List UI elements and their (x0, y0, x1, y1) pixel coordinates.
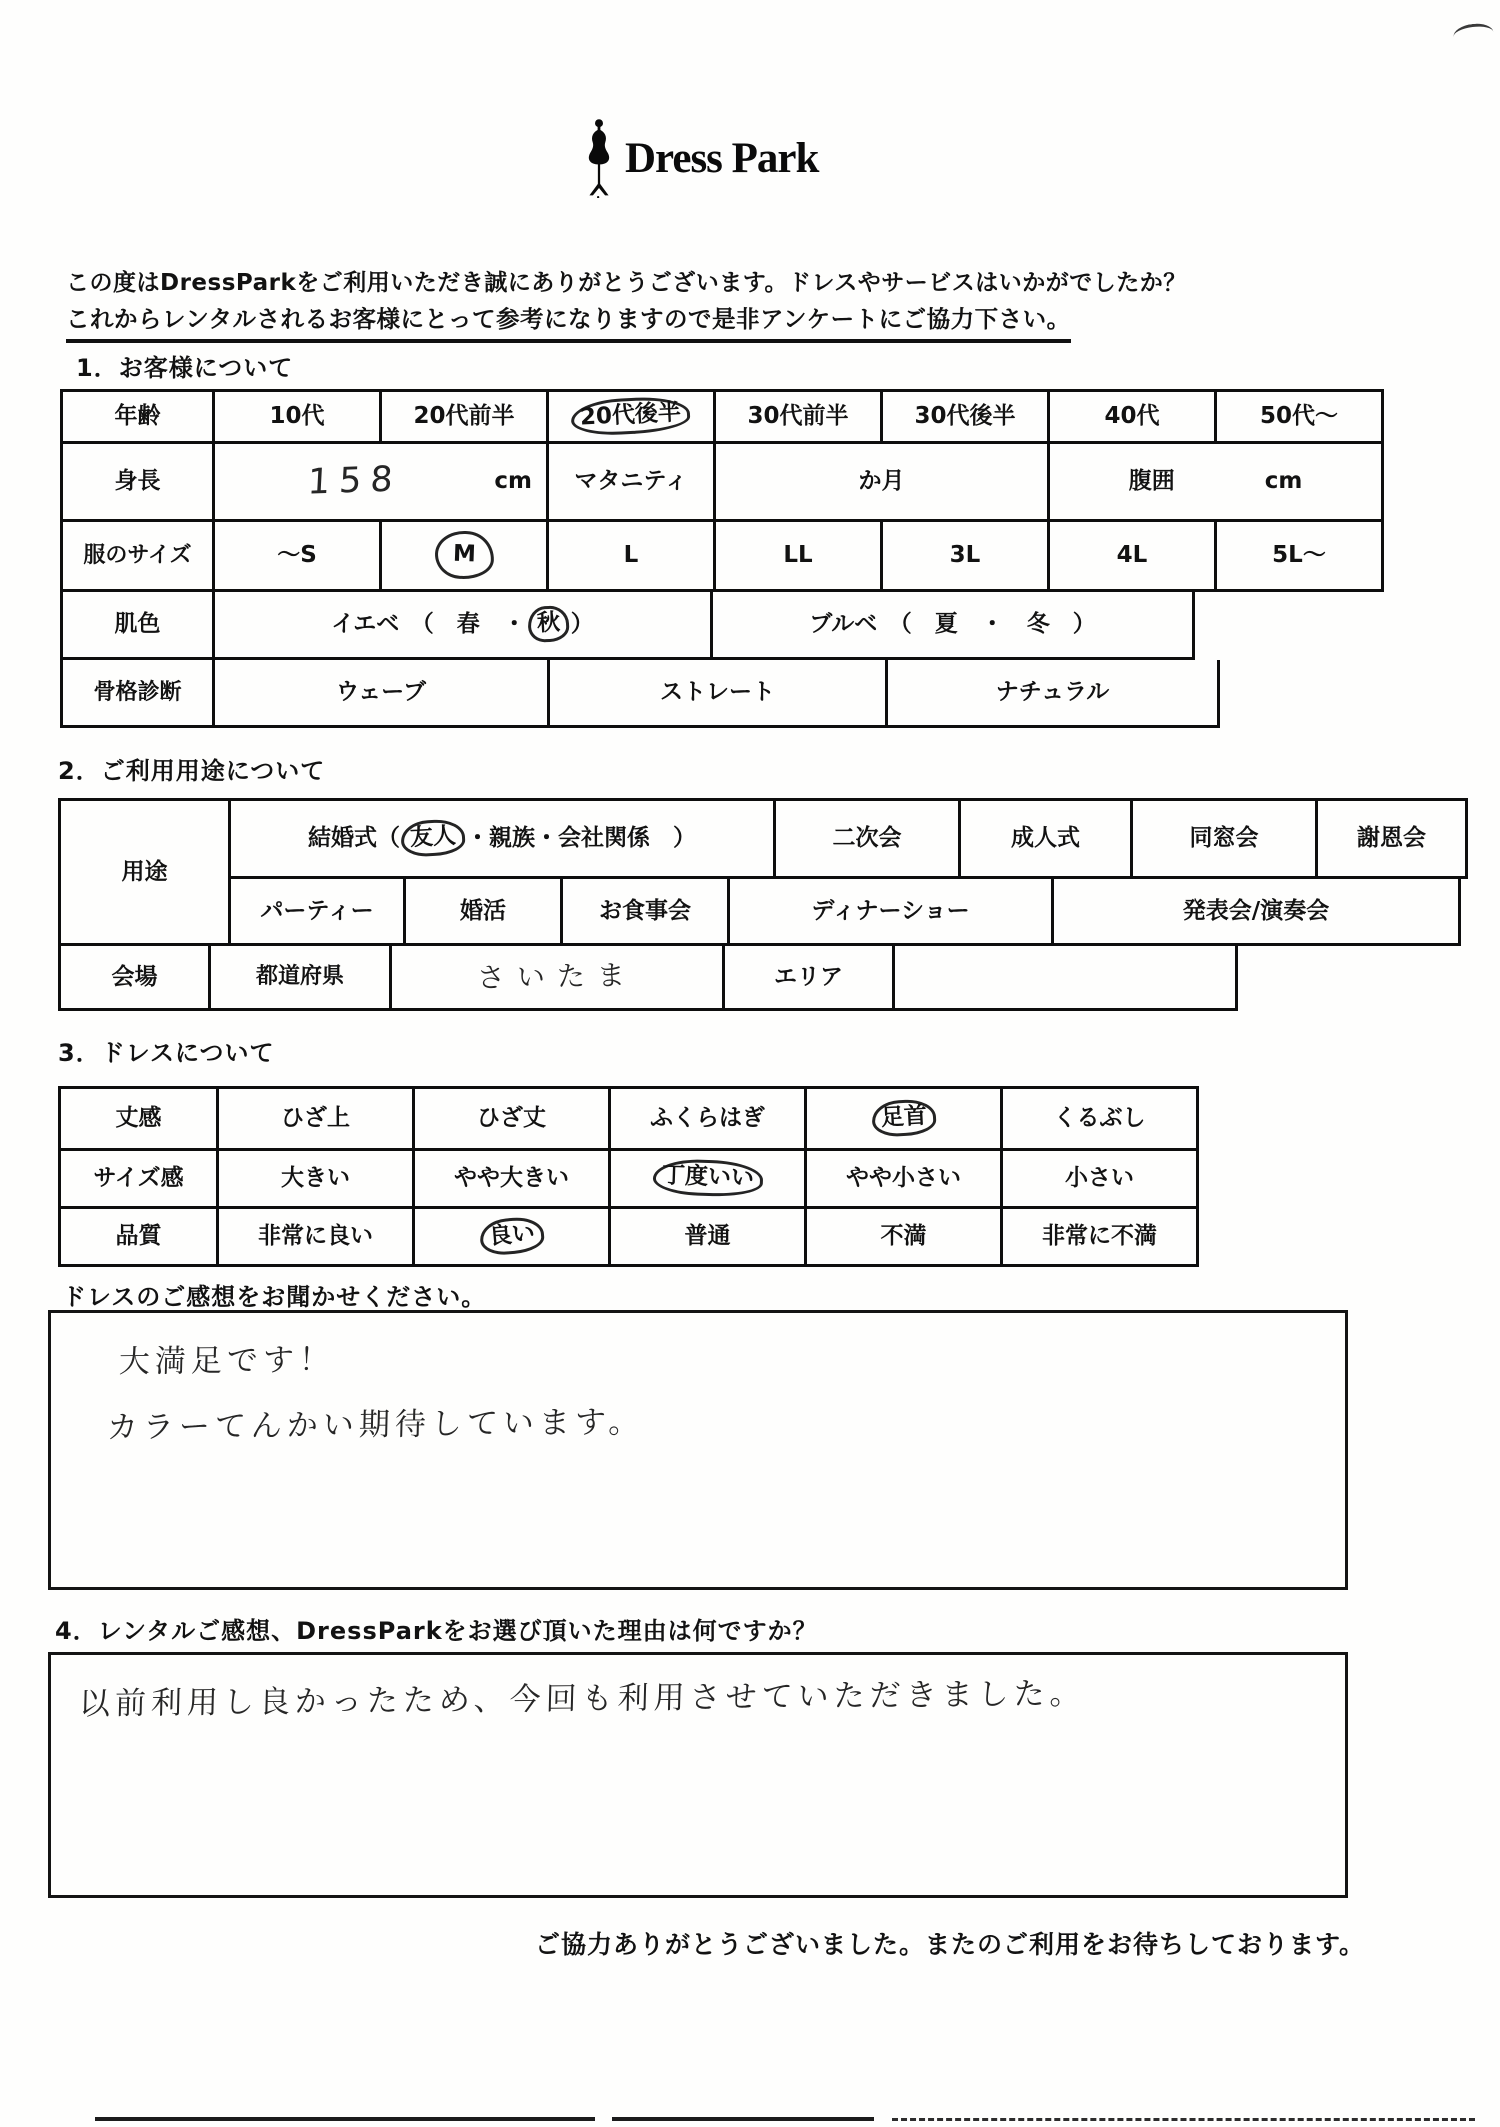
age-option-50s: 50代～ (1217, 392, 1384, 444)
height-handwritten-value: 158 (214, 457, 496, 507)
section3-title: 3．ドレスについて (58, 1033, 275, 1068)
size-option-3l: 3L (883, 522, 1050, 592)
prefecture-label: 都道府県 (211, 946, 392, 1011)
skeleton-row: 骨格診断 ウェーブ ストレート ナチュラル (63, 660, 1384, 728)
fit-label: サイズ感 (61, 1151, 219, 1209)
dress-feedback-box: 大満足です！ カラーてんかい期待しています。 (48, 1310, 1348, 1590)
maternity-label: マタニティ (549, 444, 716, 522)
height-unit: cm (494, 468, 546, 494)
fit-option-big: 大きい (219, 1151, 415, 1209)
length-option-above-knee: ひざ上 (219, 1089, 415, 1151)
section2-title: 2．ご利用用途について (58, 751, 325, 786)
purpose-label: 用途 (61, 801, 231, 946)
purpose-option-matchmaking: 婚活 (406, 879, 563, 946)
quality-option-good-label: 良い (487, 1220, 535, 1250)
fit-option-just-right-label: 丁度いい (661, 1163, 754, 1192)
height-value-cell: 158 cm (215, 444, 549, 522)
quality-option-very-unsatisfied: 非常に不満 (1003, 1209, 1199, 1267)
skin-row: 肌色 イエベ （ 春 ・ 秋 ） ブルベ （ 夏 ・ 冬 ） (63, 592, 1384, 660)
feedback-handwritten-line1: 大満足です！ (118, 1334, 335, 1381)
fit-option-just-right-selected: 丁度いい (611, 1151, 807, 1209)
skin-yebe-close: ） (571, 611, 594, 637)
size-option-s: ～S (215, 522, 382, 592)
fit-option-small: 小さい (1003, 1151, 1199, 1209)
intro-line2: これからレンタルされるお客様にとって参考になりますので是非アンケートにご協力下さ… (66, 300, 1071, 343)
size-option-5l: 5L～ (1217, 522, 1384, 592)
pen-circle-mark: 秋 (527, 605, 570, 644)
dress-table: 丈感 ひざ上 ひざ丈 ふくらはぎ 足首 くるぶし サイズ感 大きい やや大きい … (58, 1086, 1199, 1267)
skin-autumn-label: 秋 (536, 610, 560, 637)
length-option-ankle-label: 足首 (880, 1103, 927, 1131)
quality-option-very-good: 非常に良い (219, 1209, 415, 1267)
dress-form-icon (582, 118, 616, 198)
intro-line1: この度はDressParkをご利用いただき誠にありがとうございます。ドレスやサー… (66, 264, 1187, 297)
usage-table: 用途 結婚式（ 友人 ・親族・会社関係 ） 二次会 成人式 同窓会 謝恩会 パー… (58, 798, 1468, 1011)
scan-artifact-top-right (1452, 22, 1493, 40)
pen-circle-mark: M (434, 530, 495, 580)
rental-reason-handwritten: 以前利用し良かったため、今回も利用させていただきました。 (78, 1668, 1086, 1724)
rental-reason-box: 以前利用し良かったため、今回も利用させていただきました。 (48, 1652, 1348, 1898)
length-label: 丈感 (61, 1089, 219, 1151)
length-option-knee: ひざ丈 (415, 1089, 611, 1151)
girth-cell: 腹囲 cm (1050, 444, 1384, 522)
size-row: 服のサイズ ～S M L LL 3L 4L 5L～ (63, 522, 1384, 592)
prefecture-handwritten-value: さいたま (477, 960, 638, 995)
age-option-10s: 10代 (215, 392, 382, 444)
size-option-l: L (549, 522, 716, 592)
quality-option-normal: 普通 (611, 1209, 807, 1267)
skeleton-option-natural: ナチュラル (888, 660, 1220, 728)
purpose-group: 用途 結婚式（ 友人 ・親族・会社関係 ） 二次会 成人式 同窓会 謝恩会 パー… (61, 801, 1468, 946)
footer-thanks: ご協力ありがとうございました。またのご利用をお待ちしております。 (0, 1925, 1365, 1961)
scan-artifact-bottom-line (612, 2117, 874, 2121)
skin-yellow-base-cell: イエベ （ 春 ・ 秋 ） (215, 592, 713, 660)
skin-yebe-text: イエベ （ 春 ・ (331, 611, 526, 637)
quality-row: 品質 非常に良い 良い 普通 不満 非常に不満 (61, 1209, 1199, 1267)
wedding-prefix: 結婚式（ (308, 825, 400, 851)
quality-option-good-selected: 良い (415, 1209, 611, 1267)
height-label: 身長 (63, 444, 215, 522)
quality-option-unsatisfied: 不満 (807, 1209, 1003, 1267)
wedding-suffix: ・親族・会社関係 ） (466, 825, 696, 851)
feedback-handwritten-line2: カラーてんかい期待しています。 (106, 1396, 645, 1447)
age-option-early-20s: 20代前半 (382, 392, 549, 444)
brand-logo: Dress Park (582, 118, 818, 198)
area-value-cell (895, 946, 1238, 1011)
prefecture-value-cell: さいたま (392, 946, 725, 1011)
pen-circle-mark: 良い (478, 1216, 545, 1258)
girth-unit: cm (1265, 468, 1303, 494)
section4-title: 4．レンタルご感想、DressParkをお選び頂いた理由は何ですか？ (55, 1611, 818, 1646)
length-row: 丈感 ひざ上 ひざ丈 ふくらはぎ 足首 くるぶし (61, 1089, 1199, 1151)
purpose-option-thanks-party: 謝恩会 (1318, 801, 1468, 879)
pen-circle-mark: 友人 (400, 819, 466, 859)
venue-row: 会場 都道府県 さいたま エリア (61, 946, 1468, 1011)
size-option-ll: LL (716, 522, 883, 592)
brand-name: Dress Park (625, 134, 818, 183)
pen-circle-mark: 丁度いい (652, 1158, 763, 1198)
length-option-anklebone: くるぶし (1003, 1089, 1199, 1151)
customer-table: 年齢 10代 20代前半 20代後半 30代前半 30代後半 40代 50代～ … (60, 389, 1384, 728)
area-label: エリア (725, 946, 895, 1011)
pen-circle-mark: 足首 (871, 1099, 937, 1139)
age-option-early-30s: 30代前半 (716, 392, 883, 444)
age-option-40s: 40代 (1050, 392, 1217, 444)
age-option-late-20s-label: 20代後半 (580, 400, 682, 431)
purpose-option-recital: 発表会/演奏会 (1054, 879, 1461, 946)
age-option-late-30s: 30代後半 (883, 392, 1050, 444)
fit-row: サイズ感 大きい やや大きい 丁度いい やや小さい 小さい (61, 1151, 1199, 1209)
scan-artifact-bottom-dashes (892, 2118, 1475, 2121)
length-option-calf: ふくらはぎ (611, 1089, 807, 1151)
purpose-row-1: 結婚式（ 友人 ・親族・会社関係 ） 二次会 成人式 同窓会 謝恩会 (231, 801, 1468, 879)
size-option-4l: 4L (1050, 522, 1217, 592)
fit-option-slightly-small: やや小さい (807, 1151, 1003, 1209)
scan-artifact-bottom-line (95, 2117, 595, 2121)
dress-feedback-prompt: ドレスのご感想をお聞かせください。 (62, 1277, 486, 1312)
purpose-wedding-cell: 結婚式（ 友人 ・親族・会社関係 ） (231, 801, 776, 879)
size-option-m-label: M (452, 541, 476, 568)
purpose-option-reunion: 同窓会 (1133, 801, 1318, 879)
skeleton-label: 骨格診断 (63, 660, 215, 728)
size-label: 服のサイズ (63, 522, 215, 592)
age-label: 年齢 (63, 392, 215, 444)
girth-label: 腹囲 (1129, 468, 1175, 494)
fit-option-slightly-big: やや大きい (415, 1151, 611, 1209)
skin-label: 肌色 (63, 592, 215, 660)
skin-blue-base-cell: ブルベ （ 夏 ・ 冬 ） (713, 592, 1195, 660)
wedding-friend-label: 友人 (409, 823, 456, 851)
length-option-ankle-selected: 足首 (807, 1089, 1003, 1151)
venue-label: 会場 (61, 946, 211, 1011)
purpose-row-2: パーティー 婚活 お食事会 ディナーショー 発表会/演奏会 (231, 879, 1468, 946)
purpose-option-dinner-show: ディナーショー (730, 879, 1054, 946)
skeleton-option-wave: ウェーブ (215, 660, 550, 728)
age-row: 年齢 10代 20代前半 20代後半 30代前半 30代後半 40代 50代～ (63, 392, 1384, 444)
skeleton-option-straight: ストレート (550, 660, 888, 728)
purpose-option-afterparty: 二次会 (776, 801, 961, 879)
maternity-months-cell: か月 (716, 444, 1050, 522)
purpose-option-party: パーティー (231, 879, 406, 946)
purpose-options: 結婚式（ 友人 ・親族・会社関係 ） 二次会 成人式 同窓会 謝恩会 パーティー… (231, 801, 1468, 946)
size-option-m-selected: M (382, 522, 549, 592)
section1-title: 1．お客様について (76, 348, 293, 383)
height-row: 身長 158 cm マタニティ か月 腹囲 cm (63, 444, 1384, 522)
pen-circle-mark: 20代後半 (571, 395, 692, 438)
age-option-late-20s-selected: 20代後半 (549, 392, 716, 444)
purpose-option-dining: お食事会 (563, 879, 730, 946)
purpose-option-coming-of-age: 成人式 (961, 801, 1133, 879)
survey-scan-page: Dress Park この度はDressParkをご利用いただき誠にありがとうご… (0, 0, 1500, 2127)
quality-label: 品質 (61, 1209, 219, 1267)
